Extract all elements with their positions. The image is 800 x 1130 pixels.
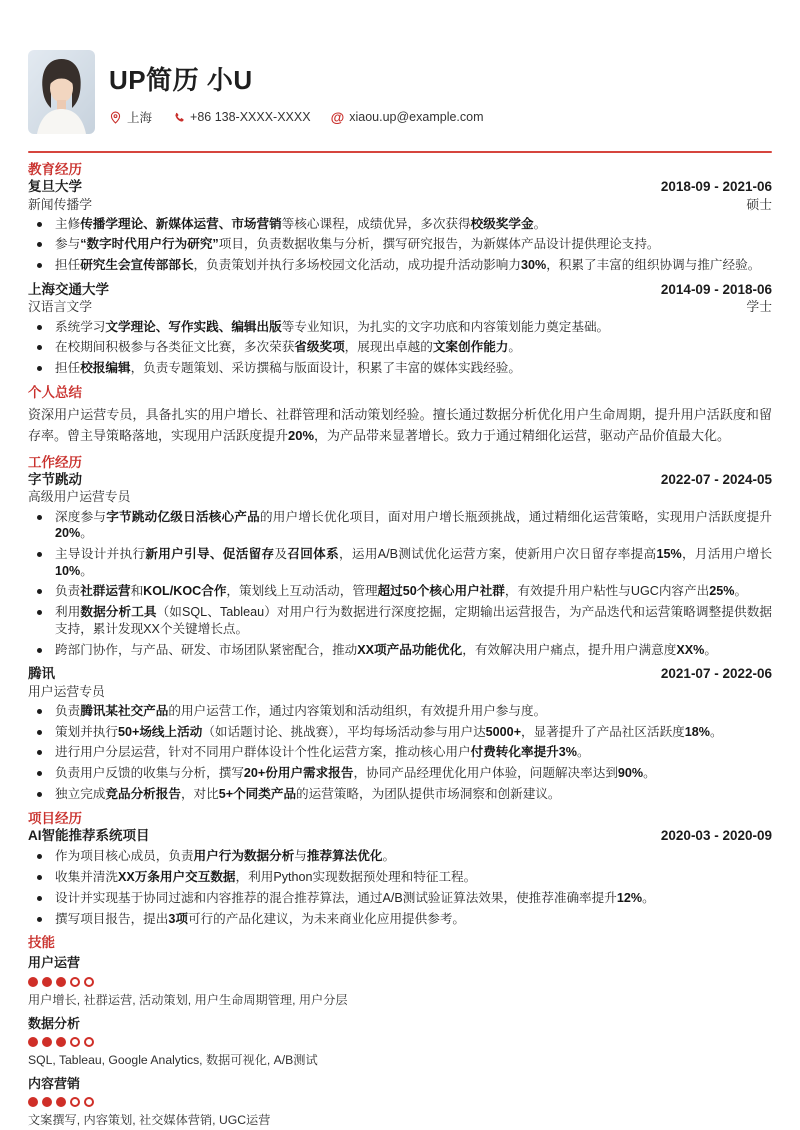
- resume-header: UP简历 小U 上海 +86 138-XXXX-XXXX @: [28, 0, 772, 134]
- bullet-item: 进行用户分层运营，针对不同用户群体设计个性化运营方案，推动核心用户付费转化率提升…: [28, 744, 772, 761]
- skill-group: 用户运营用户增长, 社群运营, 活动策划, 用户生命周期管理, 用户分层: [28, 955, 772, 1008]
- project-entries: AI智能推荐系统项目2020-03 - 2020-09作为项目核心成员，负责用户…: [28, 828, 772, 927]
- skill-dot-empty: [84, 977, 94, 987]
- skill-dot-filled: [28, 977, 38, 987]
- bullet-list: 负责腾讯某社交产品的用户运营工作，通过内容策划和活动组织，有效提升用户参与度。策…: [28, 703, 772, 803]
- entry-date: 2014-09 - 2018-06: [661, 282, 772, 298]
- summary-section: 个人总结 资深用户运营专员，具备扎实的用户增长、社群管理和活动策划经验。擅长通过…: [28, 385, 772, 447]
- skill-dot-filled: [42, 977, 52, 987]
- contact-location-text: 上海: [127, 108, 152, 126]
- bullet-item: 主导设计并执行新用户引导、促活留存及召回体系，运用A/B测试优化运营方案，使新用…: [28, 546, 772, 579]
- entry-date: 2020-03 - 2020-09: [661, 828, 772, 844]
- resume-entry: 上海交通大学2014-09 - 2018-06汉语言文学学士系统学习文学理论、写…: [28, 282, 772, 377]
- contact-row: 上海 +86 138-XXXX-XXXX @ xiaou.up@example.…: [109, 108, 484, 126]
- skill-dot-filled: [28, 1097, 38, 1107]
- summary-paragraph: 资深用户运营专员，具备扎实的用户增长、社群管理和活动策划经验。擅长通过数据分析优…: [28, 404, 772, 447]
- entry-header: AI智能推荐系统项目2020-03 - 2020-09: [28, 828, 772, 844]
- bullet-list: 作为项目核心成员，负责用户行为数据分析与推荐算法优化。收集并清洗XX万条用户交互…: [28, 848, 772, 927]
- skill-level-indicator: [28, 1037, 772, 1047]
- bullet-item: 撰写项目报告，提出3项可行的产品化建议，为未来商业化应用提供参考。: [28, 911, 772, 928]
- skill-dot-empty: [70, 1037, 80, 1047]
- work-section: 工作经历 字节跳动2022-07 - 2024-05高级用户运营专员深度参与字节…: [28, 455, 772, 803]
- entry-title: 腾讯: [28, 666, 55, 682]
- section-title-education: 教育经历: [28, 162, 772, 178]
- skill-level-indicator: [28, 1097, 772, 1107]
- skill-details: 文案撰写, 内容策划, 社交媒体营销, UGC运营: [28, 1113, 772, 1129]
- bullet-item: 作为项目核心成员，负责用户行为数据分析与推荐算法优化。: [28, 848, 772, 865]
- bullet-item: 收集并清洗XX万条用户交互数据，利用Python实现数据预处理和特征工程。: [28, 869, 772, 886]
- section-title-summary: 个人总结: [28, 385, 772, 401]
- entry-title: 上海交通大学: [28, 282, 109, 298]
- education-entries: 复旦大学2018-09 - 2021-06新闻传播学硕士主修传播学理论、新媒体运…: [28, 179, 772, 377]
- skill-level-indicator: [28, 977, 772, 987]
- bullet-item: 系统学习文学理论、写作实践、编辑出版等专业知识，为扎实的文字功底和内容策划能力奠…: [28, 319, 772, 336]
- education-section: 教育经历 复旦大学2018-09 - 2021-06新闻传播学硕士主修传播学理论…: [28, 162, 772, 377]
- section-title-projects: 项目经历: [28, 811, 772, 827]
- skill-name: 用户运营: [28, 955, 772, 971]
- resume-entry: 字节跳动2022-07 - 2024-05高级用户运营专员深度参与字节跳动亿级日…: [28, 472, 772, 658]
- profile-photo-illustration: [28, 50, 95, 134]
- skills-items: 用户运营用户增长, 社群运营, 活动策划, 用户生命周期管理, 用户分层数据分析…: [28, 955, 772, 1128]
- entry-date: 2018-09 - 2021-06: [661, 179, 772, 195]
- contact-email-text: xiaou.up@example.com: [349, 110, 483, 124]
- entry-subtitle-left: 高级用户运营专员: [28, 489, 130, 504]
- bullet-item: 跨部门协作，与产品、研发、市场团队紧密配合，推动XX项产品功能优化，有效解决用户…: [28, 642, 772, 659]
- skill-name: 数据分析: [28, 1016, 772, 1032]
- bullet-item: 设计并实现基于协同过滤和内容推荐的混合推荐算法，通过A/B测试验证算法效果，使推…: [28, 890, 772, 907]
- entry-subtitle: 新闻传播学硕士: [28, 197, 772, 212]
- skill-dot-empty: [70, 1097, 80, 1107]
- profile-photo: [28, 50, 95, 134]
- projects-section: 项目经历 AI智能推荐系统项目2020-03 - 2020-09作为项目核心成员…: [28, 811, 772, 928]
- bullet-item: 策划并执行50+场线上活动（如话题讨论、挑战赛），平均每场活动参与用户达5000…: [28, 724, 772, 741]
- entry-subtitle: 汉语言文学学士: [28, 299, 772, 314]
- bullet-item: 担任校报编辑，负责专题策划、采访撰稿与版面设计，积累了丰富的媒体实践经验。: [28, 360, 772, 377]
- skill-dot-empty: [84, 1097, 94, 1107]
- bullet-item: 深度参与字节跳动亿级日活核心产品的用户增长优化项目，面对用户增长瓶颈挑战，通过精…: [28, 509, 772, 542]
- skill-details: 用户增长, 社群运营, 活动策划, 用户生命周期管理, 用户分层: [28, 993, 772, 1009]
- section-title-skills: 技能: [28, 935, 772, 951]
- resume-entry: 腾讯2021-07 - 2022-06用户运营专员负责腾讯某社交产品的用户运营工…: [28, 666, 772, 802]
- entry-header: 字节跳动2022-07 - 2024-05: [28, 472, 772, 488]
- section-title-work: 工作经历: [28, 455, 772, 471]
- bullet-list: 系统学习文学理论、写作实践、编辑出版等专业知识，为扎实的文字功底和内容策划能力奠…: [28, 319, 772, 377]
- skill-dot-empty: [70, 977, 80, 987]
- entry-header: 上海交通大学2014-09 - 2018-06: [28, 282, 772, 298]
- bullet-item: 在校期间积极参与各类征文比赛，多次荣获省级奖项，展现出卓越的文案创作能力。: [28, 339, 772, 356]
- bullet-item: 担任研究生会宣传部部长，负责策划并执行多场校园文化活动，成功提升活动影响力30%…: [28, 257, 772, 274]
- bullet-item: 负责社群运营和KOL/KOC合作，策划线上互动活动，管理超过50个核心用户社群，…: [28, 583, 772, 600]
- skill-group: 数据分析SQL, Tableau, Google Analytics, 数据可视…: [28, 1016, 772, 1069]
- bullet-item: 利用数据分析工具（如SQL、Tableau）对用户行为数据进行深度挖掘，定期输出…: [28, 604, 772, 637]
- skill-dot-filled: [42, 1037, 52, 1047]
- entry-subtitle-left: 新闻传播学: [28, 197, 92, 212]
- bullet-list: 主修传播学理论、新媒体运营、市场营销等核心课程，成绩优异，多次获得校级奖学金。参…: [28, 216, 772, 274]
- entry-title: 复旦大学: [28, 179, 82, 195]
- entry-subtitle: 用户运营专员: [28, 684, 772, 699]
- location-pin-icon: [109, 111, 122, 124]
- skill-dot-empty: [84, 1037, 94, 1047]
- bullet-list: 深度参与字节跳动亿级日活核心产品的用户增长优化项目，面对用户增长瓶颈挑战，通过精…: [28, 509, 772, 659]
- skill-dot-filled: [42, 1097, 52, 1107]
- entry-header: 腾讯2021-07 - 2022-06: [28, 666, 772, 682]
- resume-entry: 复旦大学2018-09 - 2021-06新闻传播学硕士主修传播学理论、新媒体运…: [28, 179, 772, 274]
- entry-date: 2022-07 - 2024-05: [661, 472, 772, 488]
- candidate-name: UP简历 小U: [109, 60, 484, 97]
- bullet-item: 主修传播学理论、新媒体运营、市场营销等核心课程，成绩优异，多次获得校级奖学金。: [28, 216, 772, 233]
- contact-phone-text: +86 138-XXXX-XXXX: [190, 110, 311, 124]
- header-text: UP简历 小U 上海 +86 138-XXXX-XXXX @: [109, 58, 484, 126]
- at-icon: @: [331, 110, 345, 124]
- skills-section: 技能 用户运营用户增长, 社群运营, 活动策划, 用户生命周期管理, 用户分层数…: [28, 935, 772, 1129]
- resume-entry: AI智能推荐系统项目2020-03 - 2020-09作为项目核心成员，负责用户…: [28, 828, 772, 927]
- resume-page: UP简历 小U 上海 +86 138-XXXX-XXXX @: [0, 0, 800, 1129]
- entry-subtitle-left: 汉语言文学: [28, 299, 92, 314]
- skill-name: 内容营销: [28, 1076, 772, 1092]
- bullet-item: 负责用户反馈的收集与分析，撰写20+份用户需求报告，协同产品经理优化用户体验，问…: [28, 765, 772, 782]
- contact-location: 上海: [109, 108, 152, 126]
- contact-email: @ xiaou.up@example.com: [331, 110, 484, 124]
- bullet-item: 参与“数字时代用户行为研究”项目，负责数据收集与分析，撰写研究报告，为新媒体产品…: [28, 236, 772, 253]
- skill-details: SQL, Tableau, Google Analytics, 数据可视化, A…: [28, 1053, 772, 1069]
- entry-title: AI智能推荐系统项目: [28, 828, 150, 844]
- skill-group: 内容营销文案撰写, 内容策划, 社交媒体营销, UGC运营: [28, 1076, 772, 1129]
- contact-phone: +86 138-XXXX-XXXX: [172, 110, 311, 124]
- entry-subtitle-right: 学士: [746, 299, 772, 314]
- skill-dot-filled: [28, 1037, 38, 1047]
- skill-dot-filled: [56, 1037, 66, 1047]
- entry-subtitle-left: 用户运营专员: [28, 684, 105, 699]
- entry-subtitle: 高级用户运营专员: [28, 489, 772, 504]
- entry-date: 2021-07 - 2022-06: [661, 666, 772, 682]
- entry-header: 复旦大学2018-09 - 2021-06: [28, 179, 772, 195]
- entry-subtitle-right: 硕士: [746, 197, 772, 212]
- bullet-item: 独立完成竞品分析报告，对比5+个同类产品的运营策略，为团队提供市场洞察和创新建议…: [28, 786, 772, 803]
- header-divider: [28, 151, 772, 153]
- skill-dot-filled: [56, 1097, 66, 1107]
- bullet-item: 负责腾讯某社交产品的用户运营工作，通过内容策划和活动组织，有效提升用户参与度。: [28, 703, 772, 720]
- skill-dot-filled: [56, 977, 66, 987]
- entry-title: 字节跳动: [28, 472, 82, 488]
- work-entries: 字节跳动2022-07 - 2024-05高级用户运营专员深度参与字节跳动亿级日…: [28, 472, 772, 803]
- phone-icon: [172, 111, 185, 124]
